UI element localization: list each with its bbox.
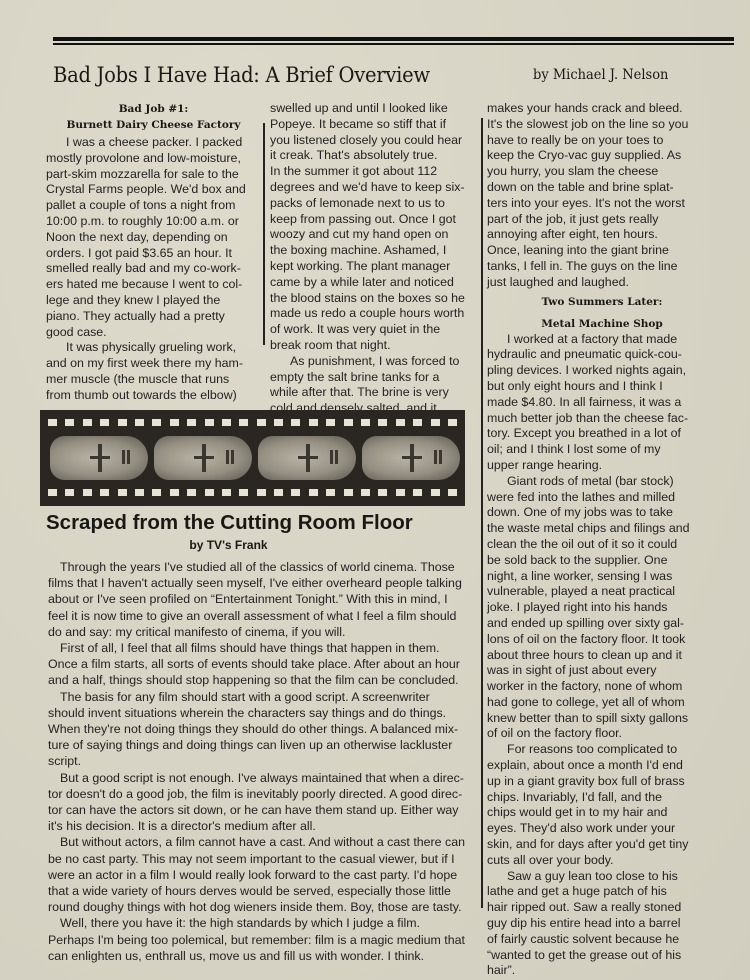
text-line: lathe and get a huge patch of his: [487, 884, 717, 900]
film-strip-image: [40, 410, 465, 506]
text-line: lege and they knew I played the: [46, 293, 261, 309]
text-line: pallet a couple of tons a night from: [46, 198, 261, 214]
text-line: chips. Invariably, I'd fall, and the: [487, 790, 717, 806]
text-line: tory. Except you breathed in a lot of: [487, 426, 717, 442]
text-line: be no cast party. This may not seem impo…: [48, 851, 478, 867]
text-line: First of all, I feel that all films shou…: [48, 640, 478, 656]
cutting-room-byline: by TV's Frank: [40, 538, 417, 552]
text-line: up in a giant gravity box full of brass: [487, 774, 717, 790]
text-line: round doughy things with hot dog wieners…: [48, 899, 478, 915]
text-line: hair ripped out. Saw a really stoned: [487, 900, 717, 916]
text-line: tor can have the actors sit down, or he …: [48, 802, 478, 818]
text-line: break room that night.: [270, 338, 478, 354]
text-line: the waste metal chips and filings and: [487, 521, 717, 537]
text-line: clean the the oil out of it so it could: [487, 537, 717, 553]
text-line: vulnerable, played a neat practical: [487, 584, 717, 600]
text-line: The basis for any film should start with…: [48, 689, 478, 705]
film-frame-face: [362, 436, 460, 480]
text-line: makes your hands crack and bleed.: [487, 101, 717, 117]
text-line: But a good script is not enough. I've al…: [48, 770, 478, 786]
text-line: of work. It was very quiet in the: [270, 322, 478, 338]
text-line: lons of oil on the factory floor. It too…: [487, 632, 717, 648]
text-line: script.: [48, 753, 478, 769]
text-line: Once, leaning into the giant brine: [487, 243, 717, 259]
section-subheading: Burnett Dairy Cheese Factory: [46, 117, 261, 133]
column-2: swelled up and until I looked like Popey…: [270, 101, 478, 417]
text-line: keep the Cryo-vac guy supplied. As: [487, 148, 717, 164]
text-line: Perhaps I'm being too polemical, but rem…: [48, 932, 478, 948]
text-line: be sold back to the supplier. One: [487, 553, 717, 569]
text-line: joke. I played right into his hands: [487, 600, 717, 616]
text-line: about or I've seen profiled on “Entertai…: [48, 591, 478, 607]
text-line: made us redo a couple hours worth: [270, 306, 478, 322]
text-line: ers hated me because I went to col-: [46, 277, 261, 293]
text-line: 10:00 p.m. to roughly 10:00 a.m. or: [46, 214, 261, 230]
text-line: night, a line worker, sensing I was: [487, 569, 717, 585]
text-line: “wanted to get the grease out of his: [487, 948, 717, 964]
section-subheading: Metal Machine Shop: [487, 316, 717, 332]
text-line: it creak. That's absolutely true.: [270, 148, 478, 164]
text-line: ters into your eyes. It's not the worst: [487, 196, 717, 212]
text-line: part of the job, it just gets really: [487, 212, 717, 228]
text-line: hair”.: [487, 963, 717, 979]
text-line: It was physically grueling work,: [46, 340, 261, 356]
text-line: annoying after eight, ten hours.: [487, 227, 717, 243]
column-divider: [481, 118, 483, 908]
text-line: of oil on the factory floor.: [487, 726, 717, 742]
section-heading: Two Summers Later:: [487, 294, 717, 310]
text-line: Giant rods of metal (bar stock): [487, 474, 717, 490]
text-line: part-skim mozzarella for sale to the: [46, 167, 261, 183]
text-line: films that I haven't actually seen mysel…: [48, 575, 478, 591]
text-line: upper range hearing.: [487, 458, 717, 474]
text-line: piano. They actually had a pretty: [46, 309, 261, 325]
article-title: Bad Jobs I Have Had: A Brief Overview: [53, 63, 430, 87]
text-line: while after that. The brine is very: [270, 385, 478, 401]
text-line: were an actor in a film I would really l…: [48, 867, 478, 883]
text-line: For reasons too complicated to: [487, 742, 717, 758]
text-line: chips would get in to my hair and: [487, 805, 717, 821]
text-line: cuts all over your body.: [487, 853, 717, 869]
text-line: Well, there you have it: the high standa…: [48, 915, 478, 931]
text-line: was in sight of just about every: [487, 663, 717, 679]
text-line: It's the slowest job on the line so you: [487, 117, 717, 133]
text-line: Crystal Farms people. We'd box and: [46, 182, 261, 198]
text-line: and on my first week there my ham-: [46, 356, 261, 372]
text-line: I was a cheese packer. I packed: [46, 135, 261, 151]
cutting-room-headline: Scraped from the Cutting Room Floor: [46, 511, 413, 535]
text-line: skin, and for days after you'd get tiny: [487, 837, 717, 853]
text-line: and ended up spilling over sixty gal-: [487, 616, 717, 632]
text-line: hydraulic and pneumatic quick-cou-: [487, 347, 717, 363]
text-line: tor doesn't do a good job, the film is i…: [48, 786, 478, 802]
text-line: Through the years I've studied all of th…: [48, 559, 478, 575]
text-line: swelled up and until I looked like: [270, 101, 478, 117]
text-line: much better job than the cheese fac-: [487, 411, 717, 427]
section-heading: Bad Job #1:: [46, 101, 261, 117]
text-line: good case.: [46, 325, 261, 341]
text-line: smelled really bad and my co-work-: [46, 261, 261, 277]
text-line: it's his decision. It is a director's me…: [48, 818, 478, 834]
text-line: But without actors, a film cannot have a…: [48, 834, 478, 850]
text-line: In the summer it got about 112: [270, 164, 478, 180]
sprocket-holes-top: [48, 419, 457, 427]
text-line: of fairly caustic solvent because he: [487, 932, 717, 948]
text-line: have to really be on your toes to: [487, 133, 717, 149]
text-line: knew better than to spill sixty gallons: [487, 711, 717, 727]
text-line: you hurry, you slam the cheese: [487, 164, 717, 180]
text-line: you listened closely you could hear: [270, 133, 478, 149]
text-line: pling devices. I worked nights again,: [487, 363, 717, 379]
text-line: down. One of my jobs was to take: [487, 505, 717, 521]
text-line: worker in the factory, none of whom: [487, 679, 717, 695]
text-line: I worked at a factory that made: [487, 332, 717, 348]
text-line: Once a film starts, all sorts of events …: [48, 656, 478, 672]
text-line: from thumb out towards the elbow): [46, 388, 261, 404]
article-byline: by Michael J. Nelson: [533, 67, 668, 83]
text-line: kept working. The plant manager: [270, 259, 478, 275]
text-line: degrees and we'd have to keep six-: [270, 180, 478, 196]
text-line: and a half, things should stop happening…: [48, 672, 478, 688]
cutting-room-article: Through the years I've studied all of th…: [48, 559, 478, 964]
text-line: the boxing machine. Ashamed, I: [270, 243, 478, 259]
text-line: keep from passing out. Once I got: [270, 212, 478, 228]
text-line: made $4.80. In all fairness, it was a: [487, 395, 717, 411]
text-line: Saw a guy lean too close to his: [487, 869, 717, 885]
sprocket-holes-bottom: [48, 489, 457, 497]
text-line: empty the salt brine tanks for a: [270, 370, 478, 386]
column-3: makes your hands crack and bleed. It's t…: [487, 101, 717, 979]
magazine-page: Bad Jobs I Have Had: A Brief Overview by…: [0, 0, 750, 980]
text-line: should invent situations wherein the cha…: [48, 705, 478, 721]
text-line: explain, about once a month I'd end: [487, 758, 717, 774]
header-rule-thick: [53, 37, 734, 41]
text-line: orders. I got paid $3.65 an hour. It: [46, 246, 261, 262]
column-1: Bad Job #1: Burnett Dairy Cheese Factory…: [46, 101, 261, 404]
text-line: can enlighten us, enthrall us, move us a…: [48, 948, 478, 964]
text-line: the blood stains on the boxes so he: [270, 291, 478, 307]
text-line: When they're not doing things they shoul…: [48, 721, 478, 737]
film-frame-face: [154, 436, 252, 480]
text-line: had gone to college, yet all of whom: [487, 695, 717, 711]
film-frame-face: [50, 436, 148, 480]
column-divider: [263, 123, 265, 345]
film-frame-face: [258, 436, 356, 480]
text-line: were fed into the lathes and milled: [487, 490, 717, 506]
text-line: came by a while later and noticed: [270, 275, 478, 291]
text-line: Popeye. It became so stiff that if: [270, 117, 478, 133]
text-line: but only eight hours and I think I: [487, 379, 717, 395]
text-line: mer muscle (the muscle that runs: [46, 372, 261, 388]
text-line: ture of saying things and doing things c…: [48, 737, 478, 753]
text-line: eyes. They'd also work under your: [487, 821, 717, 837]
header-rule-thin: [53, 43, 734, 45]
text-line: oil; and I think I lost some of my: [487, 442, 717, 458]
text-line: guy dip his entire head into a barrel: [487, 916, 717, 932]
text-line: about three hours to clean up and it: [487, 648, 717, 664]
text-line: woozy and cut my hand open on: [270, 227, 478, 243]
text-line: tanks, I fell in. The guys on the line: [487, 259, 717, 275]
text-line: As punishment, I was forced to: [270, 354, 478, 370]
text-line: do and say: my critical manifesto of cin…: [48, 624, 478, 640]
text-line: just laughed and laughed.: [487, 275, 717, 291]
text-line: that a wide variety of hours derves woul…: [48, 883, 478, 899]
text-line: mostly provolone and low-moisture,: [46, 151, 261, 167]
text-line: Noon the next day, depending on: [46, 230, 261, 246]
text-line: packs of lemonade next to us to: [270, 196, 478, 212]
text-line: down on the table and brine splat-: [487, 180, 717, 196]
text-line: feel it is now time to give an overall a…: [48, 608, 478, 624]
